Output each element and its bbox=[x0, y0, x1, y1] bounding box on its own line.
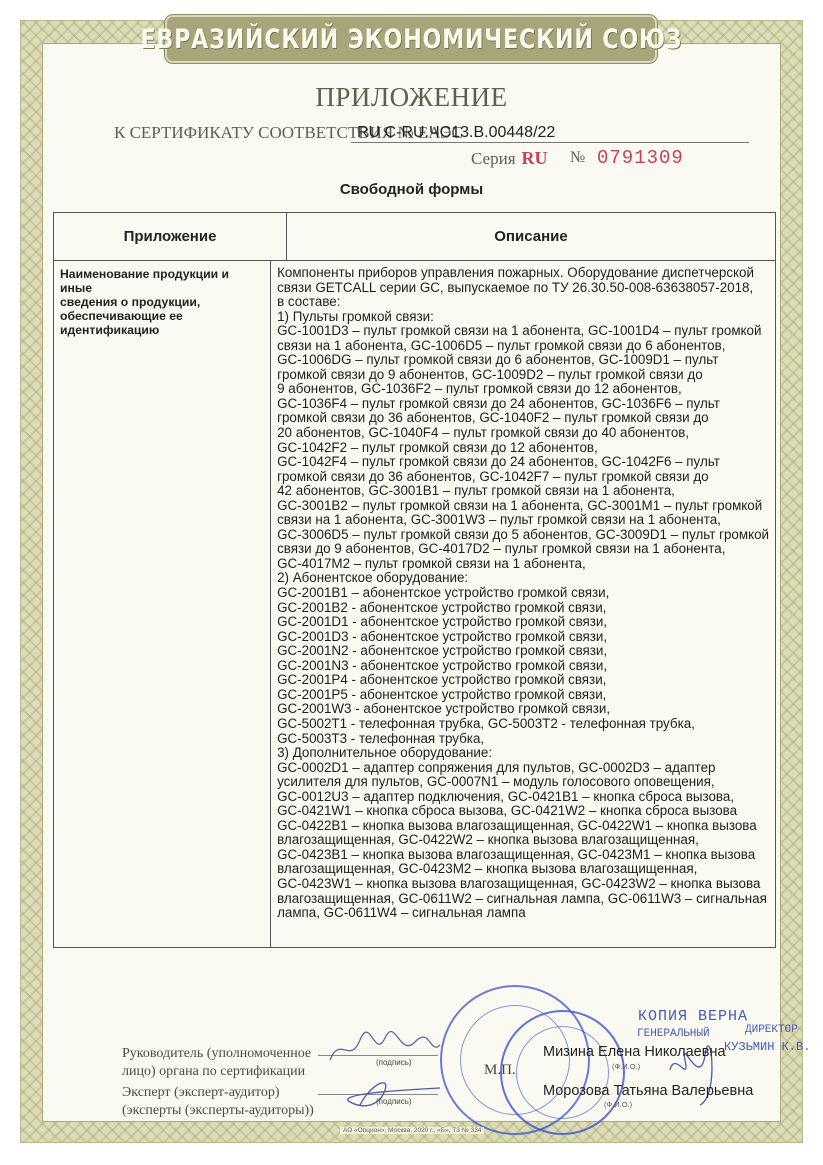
description-line: 42 абонентов, GC-3001B1 – пульт громкой … bbox=[277, 484, 769, 499]
description-line: GC-5003T3 - телефонная трубка, bbox=[277, 732, 769, 747]
union-banner-text: ЕВРАЗИЙСКИЙ ЭКОНОМИЧЕСКИЙ СОЮЗ bbox=[140, 24, 682, 55]
head-label-line: лицо) органа по сертификации bbox=[122, 1063, 311, 1081]
description-line: 2) Абонентское оборудование: bbox=[277, 571, 769, 586]
row-label: Наименование продукции и иные сведения о… bbox=[54, 261, 271, 947]
certificate-number: RU C-RU.ЧС13.В.00448/22 bbox=[351, 124, 749, 143]
appendix-table: Приложение Описание Наименование продукц… bbox=[53, 212, 776, 948]
description-line: GC-1042F2 – пульт громкой связи до 12 аб… bbox=[277, 441, 769, 456]
description-line: GC-2001B2 - абонентское устройство громк… bbox=[277, 601, 769, 616]
row-label-line: Наименование продукции и иные bbox=[60, 267, 264, 295]
document-title: ПРИЛОЖЕНИЕ bbox=[0, 82, 823, 113]
company-stamp bbox=[500, 1010, 625, 1135]
description-line: громкой связи до 36 абонентов, GC-1040F2… bbox=[277, 411, 769, 426]
description-line: GC-2001N3 - абонентское устройство громк… bbox=[277, 659, 769, 674]
description-line: GC-4017M2 – пульт громкой связи на 1 або… bbox=[277, 557, 769, 572]
description-line: GC-0421W1 – кнопка сброса вызова, GC-042… bbox=[277, 804, 769, 819]
series-value: RU bbox=[522, 148, 548, 168]
description-line: громкой связи до 9 абонентов, GC-1009D2 … bbox=[277, 368, 769, 383]
number-label: № bbox=[570, 149, 585, 167]
series: СерияRU bbox=[471, 148, 548, 169]
head-label: Руководитель (уполномоченное лицо) орган… bbox=[122, 1045, 311, 1081]
description-line: GC-1001D3 – пульт громкой связи на 1 або… bbox=[277, 324, 769, 339]
description-line: в составе: bbox=[277, 295, 769, 310]
form-type: Свободной формы bbox=[0, 181, 823, 198]
description-line: GC-3001B2 – пульт громкой связи на 1 або… bbox=[277, 499, 769, 514]
union-banner: ЕВРАЗИЙСКИЙ ЭКОНОМИЧЕСКИЙ СОЮЗ bbox=[165, 15, 657, 63]
description-line: GC-2001D1 - абонентское устройство громк… bbox=[277, 615, 769, 630]
description-line: Компоненты приборов управления пожарных.… bbox=[277, 266, 769, 281]
head-label-line: Руководитель (уполномоченное bbox=[122, 1045, 311, 1063]
description-line: лампа, GC-0611W4 – сигнальная лампа bbox=[277, 906, 769, 921]
copy-stamp-title: КОПИЯ ВЕРНА bbox=[638, 1008, 748, 1025]
head-fio-caption: (Ф.И.О.) bbox=[612, 1062, 640, 1071]
description-line: GC-1036F4 – пульт громкой связи до 24 аб… bbox=[277, 397, 769, 412]
description-line: GC-3006D5 – пульт громкой связи до 5 або… bbox=[277, 528, 769, 543]
head-name: Мизина Елена Николаевна bbox=[543, 1044, 726, 1060]
description-line: GC-2001B1 – абонентское устройство громк… bbox=[277, 586, 769, 601]
blank-number: 0791309 bbox=[597, 147, 684, 169]
description-line: 1) Пульты громкой связи: bbox=[277, 310, 769, 325]
description-line: GC-0423W1 – кнопка вызова влагозащищенна… bbox=[277, 877, 769, 892]
column-header-description: Описание bbox=[287, 213, 775, 260]
description-line: GC-2001D3 - абонентское устройство громк… bbox=[277, 630, 769, 645]
description-line: связи на 1 абонента, GC-3001W3 – пульт г… bbox=[277, 513, 769, 528]
description-line: GC-1006DG – пульт громкой связи до 6 або… bbox=[277, 353, 769, 368]
description-line: связи до 9 абонентов, GC-4017D2 – пульт … bbox=[277, 542, 769, 557]
expert-label: Эксперт (эксперт-аудитор) (эксперты (экс… bbox=[122, 1084, 314, 1120]
description-line: GC-2001N2 - абонентское устройство громк… bbox=[277, 644, 769, 659]
column-header-appendix: Приложение bbox=[54, 213, 287, 260]
description-line: GC-0002D1 – адаптер сопряжения для пульт… bbox=[277, 761, 769, 776]
copy-stamp-name: КУЗЬМИН К.В. bbox=[724, 1040, 810, 1054]
description-line: громкой связи до 36 абонентов, GC-1042F7… bbox=[277, 470, 769, 485]
row-description: Компоненты приборов управления пожарных.… bbox=[271, 261, 775, 947]
table-row: Наименование продукции и иные сведения о… bbox=[54, 261, 775, 947]
description-line: GC-2001W3 - абонентское устройство громк… bbox=[277, 702, 769, 717]
row-label-line: обеспечивающие ее идентификацию bbox=[60, 309, 264, 337]
description-line: GC-5002T1 - телефонная трубка, GC-5003T2… bbox=[277, 717, 769, 732]
copy-stamp-position-2: ДИРЕКТОР bbox=[745, 1024, 798, 1036]
description-line: связи GETCALL серии GC, выпускаемое по Т… bbox=[277, 281, 769, 296]
description-line: GC-0423B1 – кнопка вызова влагозащищенна… bbox=[277, 848, 769, 863]
description-line: влагозащищенная, GC-0423M2 – кнопка вызо… bbox=[277, 862, 769, 877]
expert-label-line: (эксперты (эксперты-аудиторы)) bbox=[122, 1102, 314, 1120]
table-header: Приложение Описание bbox=[54, 213, 775, 261]
series-label: Серия bbox=[471, 149, 516, 168]
description-line: 3) Дополнительное оборудование: bbox=[277, 746, 769, 761]
description-line: 20 абонентов, GC-1040F4 – пульт громкой … bbox=[277, 426, 769, 441]
description-line: влагозащищенная, GC-0611W2 – сигнальная … bbox=[277, 892, 769, 907]
description-line: GC-1042F4 – пульт громкой связи до 24 аб… bbox=[277, 455, 769, 470]
description-line: связи на 1 абонента, GC-1006D5 – пульт г… bbox=[277, 339, 769, 354]
expert-name: Морозова Татьяна Валерьевна bbox=[543, 1083, 753, 1099]
expert-fio-caption: (Ф.И.О.) bbox=[604, 1100, 632, 1109]
description-line: влагозащищенная, GC-0422W2 – кнопка вызо… bbox=[277, 833, 769, 848]
expert-label-line: Эксперт (эксперт-аудитор) bbox=[122, 1084, 314, 1102]
description-line: 9 абонентов, GC-1036F2 – пульт громкой с… bbox=[277, 382, 769, 397]
row-label-line: сведения о продукции, bbox=[60, 295, 264, 309]
printer-note: АО «Опцион», Москва, 2020 г., «Б», ТЗ № … bbox=[340, 1127, 484, 1134]
description-line: GC-0422B1 – кнопка вызова влагозащищенна… bbox=[277, 819, 769, 834]
description-line: GC-2001P4 - абонентское устройство громк… bbox=[277, 673, 769, 688]
stamp-inner-ring bbox=[516, 1026, 609, 1119]
description-line: GC-2001P5 - абонентское устройство громк… bbox=[277, 688, 769, 703]
description-line: усилителя для пультов, GC-0007N1 – модул… bbox=[277, 775, 769, 790]
seal-label: М.П. bbox=[484, 1062, 516, 1079]
description-line: GC-0012U3 – адаптер подключения, GC-0421… bbox=[277, 790, 769, 805]
copy-stamp-position: ГЕНЕРАЛЬНЫЙ bbox=[637, 1028, 710, 1040]
